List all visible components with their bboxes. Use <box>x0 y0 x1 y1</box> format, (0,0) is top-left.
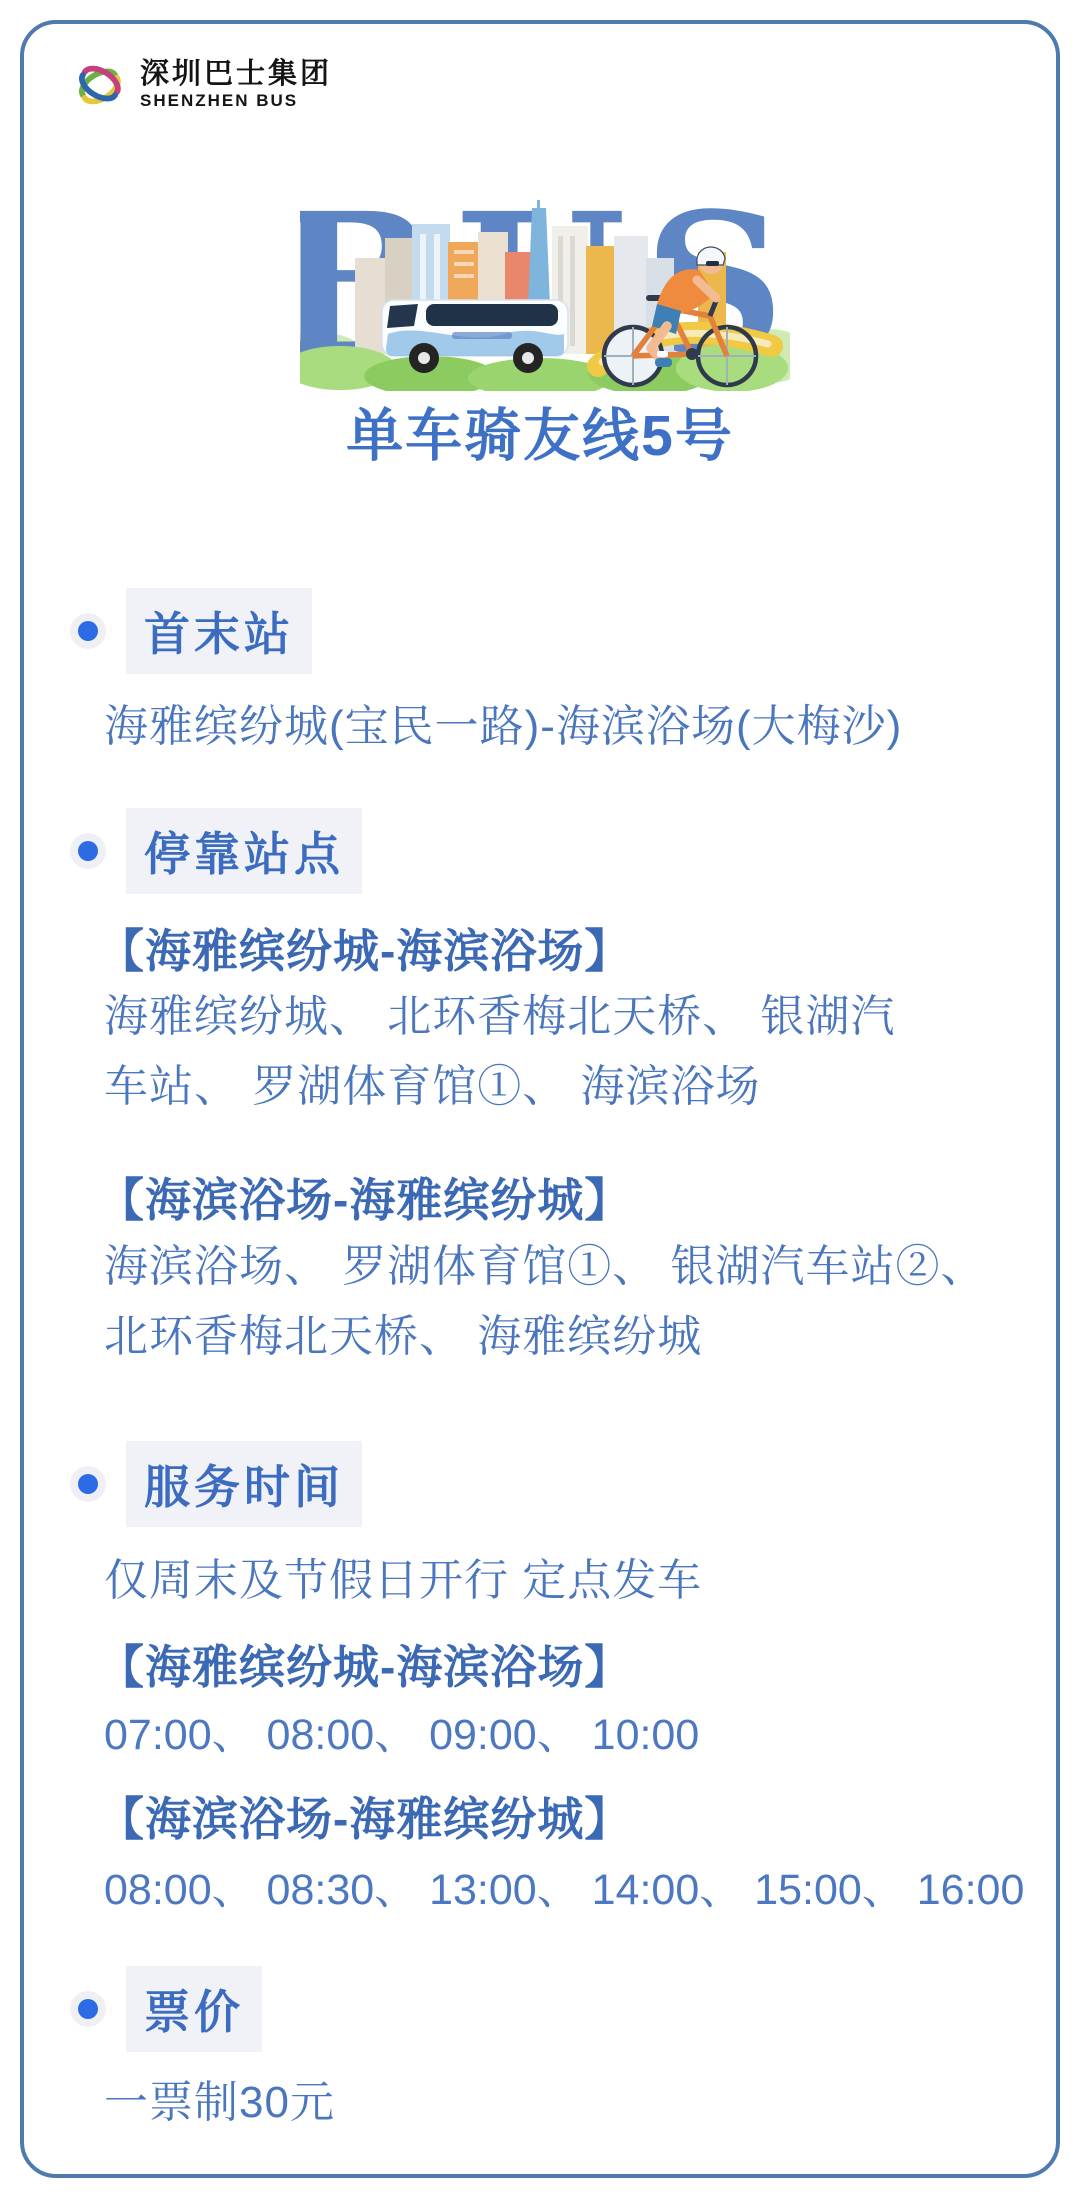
stops-dir1-line1: 海雅缤纷城、 北环香梅北天桥、 银湖汽 <box>104 982 895 1052</box>
bullet-icon <box>78 1474 98 1494</box>
bus-illustration: BUS <box>300 196 790 391</box>
service-dir1-times: 07:00、 08:00、 09:00、 10:00 <box>104 1701 699 1762</box>
stops-dir1-line2: 车站、 罗湖体育馆①、 海滨浴场 <box>104 1052 895 1122</box>
bullet-icon <box>78 621 98 641</box>
stops-heading-label: 停靠站点 <box>126 808 362 894</box>
stops-dir2-line2: 北环香梅北天桥、 海雅缤纷城 <box>104 1302 985 1372</box>
section-first-last-heading: 首末站 <box>78 588 312 674</box>
fare-value: 一票制30元 <box>104 2066 335 2130</box>
stops-dir2-line1: 海滨浴场、 罗湖体育馆①、 银湖汽车站②、 <box>104 1232 985 1302</box>
first-last-route: 海雅缤纷城(宝民一路)-海滨浴场(大梅沙) <box>104 690 902 754</box>
section-fare-heading: 票价 <box>78 1966 262 2052</box>
shenzhen-bus-swirl-icon <box>66 56 132 114</box>
stops-dir2-label: 【海滨浴场-海雅缤纷城】 <box>98 1164 631 1230</box>
fare-heading-label: 票价 <box>126 1966 262 2052</box>
service-dir2-label: 【海滨浴场-海雅缤纷城】 <box>98 1783 631 1849</box>
bullet-icon <box>78 841 98 861</box>
section-stops-heading: 停靠站点 <box>78 808 362 894</box>
brand-name-cn: 深圳巴士集团 <box>140 58 332 90</box>
bullet-icon <box>78 1999 98 2019</box>
brand-name-en: SHENZHEN BUS <box>140 90 332 112</box>
stops-dir1-list: 海雅缤纷城、 北环香梅北天桥、 银湖汽 车站、 罗湖体育馆①、 海滨浴场 <box>104 982 895 1122</box>
service-note: 仅周末及节假日开行 定点发车 <box>104 1544 702 1608</box>
service-heading-label: 服务时间 <box>126 1441 362 1527</box>
service-dir1-label: 【海雅缤纷城-海滨浴场】 <box>98 1631 631 1697</box>
brand-logo: 深圳巴士集团 SHENZHEN BUS <box>66 56 332 114</box>
stops-dir1-label: 【海雅缤纷城-海滨浴场】 <box>98 915 631 981</box>
service-dir2-times: 08:00、 08:30、 13:00、 14:00、 15:00、 16:00 <box>104 1856 1024 1917</box>
first-last-heading-label: 首末站 <box>126 588 312 674</box>
route-title: 单车骑友线5号 <box>0 390 1080 472</box>
section-service-heading: 服务时间 <box>78 1441 362 1527</box>
stops-dir2-list: 海滨浴场、 罗湖体育馆①、 银湖汽车站②、 北环香梅北天桥、 海雅缤纷城 <box>104 1232 985 1372</box>
brand-text: 深圳巴士集团 SHENZHEN BUS <box>140 58 332 112</box>
